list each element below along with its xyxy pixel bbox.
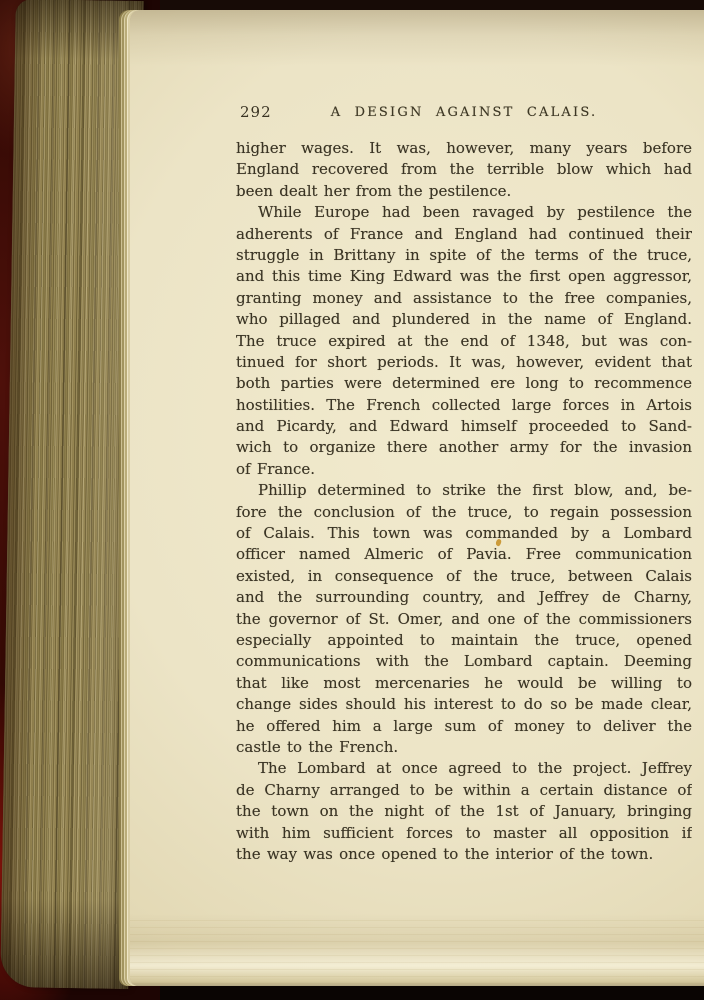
running-title: A DESIGN AGAINST CALAIS. [236,102,692,120]
stacked-page-edges [0,0,144,989]
text-line: communications with the Lombard captain.… [236,651,692,672]
text-line: The truce expired at the end of 1348, bu… [236,331,692,352]
text-line: with him sufficient forces to master all… [236,823,692,844]
text-line: change sides should his interest to do s… [236,694,692,715]
text-line: of Calais. This town was commanded by a … [236,523,692,544]
text-line: officer named Almeric of Pavia. Free com… [236,544,692,565]
text-block: 292 A DESIGN AGAINST CALAIS. higher wage… [236,102,692,865]
text-line: Phillip determined to strike the first b… [236,480,692,501]
text-line: castle to the French. [236,737,692,758]
text-line: tinued for short periods. It was, howeve… [236,352,692,373]
text-line: the town on the night of the 1st of Janu… [236,801,692,822]
text-line: England recovered from the terrible blow… [236,159,692,180]
text-line: adherents of France and England had cont… [236,224,692,245]
text-line: especially appointed to maintain the tru… [236,630,692,651]
page-header: 292 A DESIGN AGAINST CALAIS. [236,102,692,124]
text-line: While Europe had been ravaged by pestile… [236,202,692,223]
text-line: de Charny arranged to be within a certai… [236,780,692,801]
text-line: struggle in Brittany in spite of the ter… [236,245,692,266]
text-line: the way was once opened to the interior … [236,844,692,865]
text-line: both parties were determined ere long to… [236,373,692,394]
text-line: fore the conclusion of the truce, to reg… [236,502,692,523]
text-line: of France. [236,459,692,480]
text-line: higher wages. It was, however, many year… [236,138,692,159]
text-line: wich to organize there another army for … [236,437,692,458]
text-line: existed, in consequence of the truce, be… [236,566,692,587]
text-line: hostilities. The French collected large … [236,395,692,416]
text-line: that like most mercenaries he would be w… [236,673,692,694]
text-line: the governor of St. Omer, and one of the… [236,609,692,630]
text-line: and this time King Edward was the first … [236,266,692,287]
text-line: and the surrounding country, and Jeffrey… [236,587,692,608]
text-line: who pillaged and plundered in the name o… [236,309,692,330]
text-line: and Picardy, and Edward himself proceede… [236,416,692,437]
book-page: 292 A DESIGN AGAINST CALAIS. higher wage… [130,10,704,986]
text-line: granting money and assistance to the fre… [236,288,692,309]
book-photograph: 292 A DESIGN AGAINST CALAIS. higher wage… [0,0,704,1000]
body-text: higher wages. It was, however, many year… [236,138,692,865]
page-number: 292 [240,103,272,121]
text-line: he offered him a large sum of money to d… [236,716,692,737]
text-line: The Lombard at once agreed to the projec… [236,758,692,779]
text-line: been dealt her from the pestilence. [236,181,692,202]
